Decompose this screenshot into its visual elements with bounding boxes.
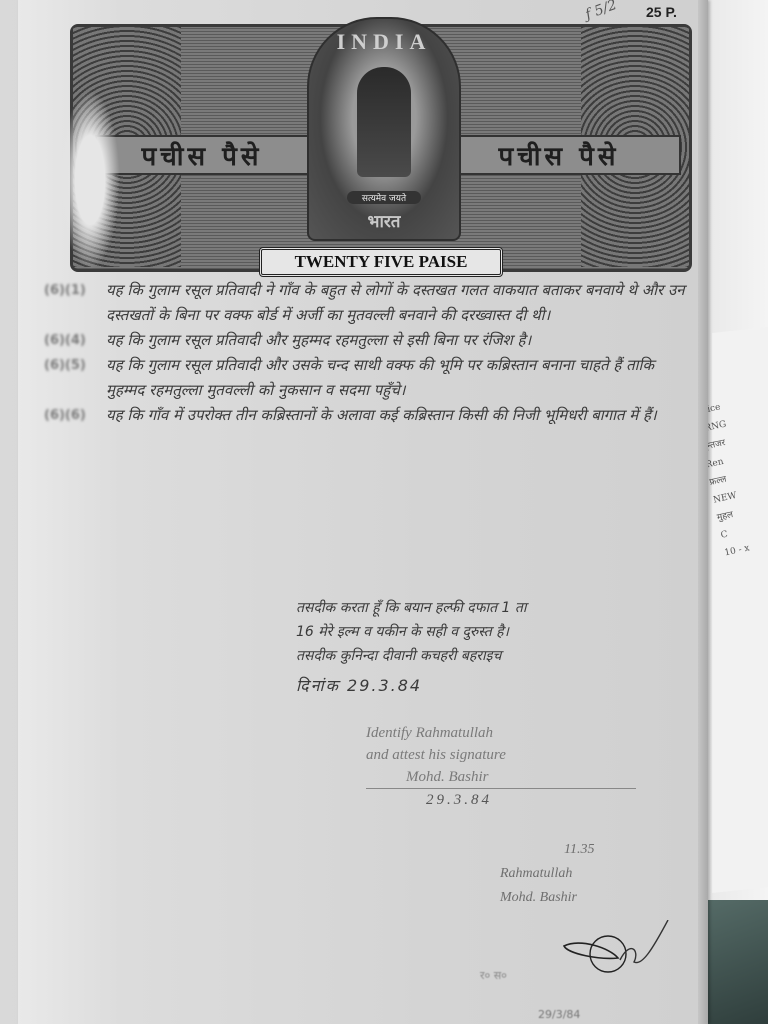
- time-stamp: 11.35: [500, 838, 700, 862]
- statement-paragraph: (6)(5) यह कि गुलाम रसूल प्रतिवादी और उसक…: [44, 353, 694, 403]
- time-note-attested-by: Mohd. Bashir: [500, 886, 700, 910]
- stamp-country-hindi: भारत: [309, 209, 459, 232]
- paragraph-text: यह कि गाँव में उपरोक्त तीन कब्रिस्तानों …: [106, 403, 694, 428]
- revenue-stamp: पचीस पैसे पचीस पैसे INDIA सत्यमेव जयते भ…: [70, 24, 692, 272]
- attestation-line: Identify Rahmatullah: [366, 722, 676, 744]
- stamp-hindi-value-right: पचीस पैसे: [437, 135, 681, 175]
- certification-line: तसदीक कुनिन्दा दीवानी कचहरी बहराइच: [296, 644, 696, 668]
- stamp-motto: सत्यमेव जयते: [347, 191, 421, 204]
- paragraph-number: (6)(5): [44, 353, 106, 403]
- paragraph-number: (6)(6): [44, 403, 106, 428]
- certification-date: दिनांक 29.3.84: [296, 674, 696, 698]
- faint-date: 29/3/84: [538, 1008, 580, 1021]
- ashoka-emblem: INDIA सत्यमेव जयते भारत: [307, 17, 461, 241]
- stamp-hindi-value-left: पचीस पैसे: [95, 135, 309, 175]
- certification-line: तसदीक करता हूँ कि बयान हल्फी दफात 1 ता: [296, 596, 696, 620]
- photo-glare: [60, 90, 120, 270]
- paragraph-text: यह कि गुलाम रसूल प्रतिवादी ने गाँव के बह…: [106, 278, 694, 328]
- lion-capital-icon: [357, 67, 411, 177]
- stamp-country-arch: INDIA: [309, 29, 459, 55]
- stamp-value-english: TWENTY FIVE PAISE: [259, 247, 503, 277]
- paragraph-text: यह कि गुलाम रसूल प्रतिवादी और मुहम्मद रह…: [106, 328, 694, 353]
- attestation-date: 29.3.84: [366, 789, 676, 811]
- attestation-line: and attest his signature: [366, 744, 676, 766]
- statement-paragraph: (6)(6) यह कि गाँव में उपरोक्त तीन कब्रिस…: [44, 403, 694, 428]
- paragraph-number: (6)(1): [44, 278, 106, 328]
- certification-block: तसदीक करता हूँ कि बयान हल्फी दफात 1 ता 1…: [296, 596, 696, 698]
- certification-line: 16 मेरे इल्म व यकीन के सही व दुरुस्त है।: [296, 620, 696, 644]
- denomination-label: 25 P.: [646, 4, 677, 20]
- attestation-note: Identify Rahmatullah and attest his sign…: [366, 722, 676, 811]
- background-cloth: [704, 900, 768, 1024]
- paragraph-number: (6)(4): [44, 328, 106, 353]
- attestation-signatory: Mohd. Bashir: [366, 766, 636, 789]
- statement-body: (6)(1) यह कि गुलाम रसूल प्रतिवादी ने गाँ…: [44, 278, 694, 428]
- signature-icon: [560, 920, 670, 980]
- statement-paragraph: (6)(1) यह कि गुलाम रसूल प्रतिवादी ने गाँ…: [44, 278, 694, 328]
- paragraph-text: यह कि गुलाम रसूल प्रतिवादी और उसके चन्द …: [106, 353, 694, 403]
- faint-mark: र० स०: [480, 968, 507, 983]
- time-note: 11.35 Rahmatullah Mohd. Bashir: [500, 838, 700, 910]
- statement-paragraph: (6)(4) यह कि गुलाम रसूल प्रतिवादी और मुह…: [44, 328, 694, 353]
- time-note-name: Rahmatullah: [500, 862, 700, 886]
